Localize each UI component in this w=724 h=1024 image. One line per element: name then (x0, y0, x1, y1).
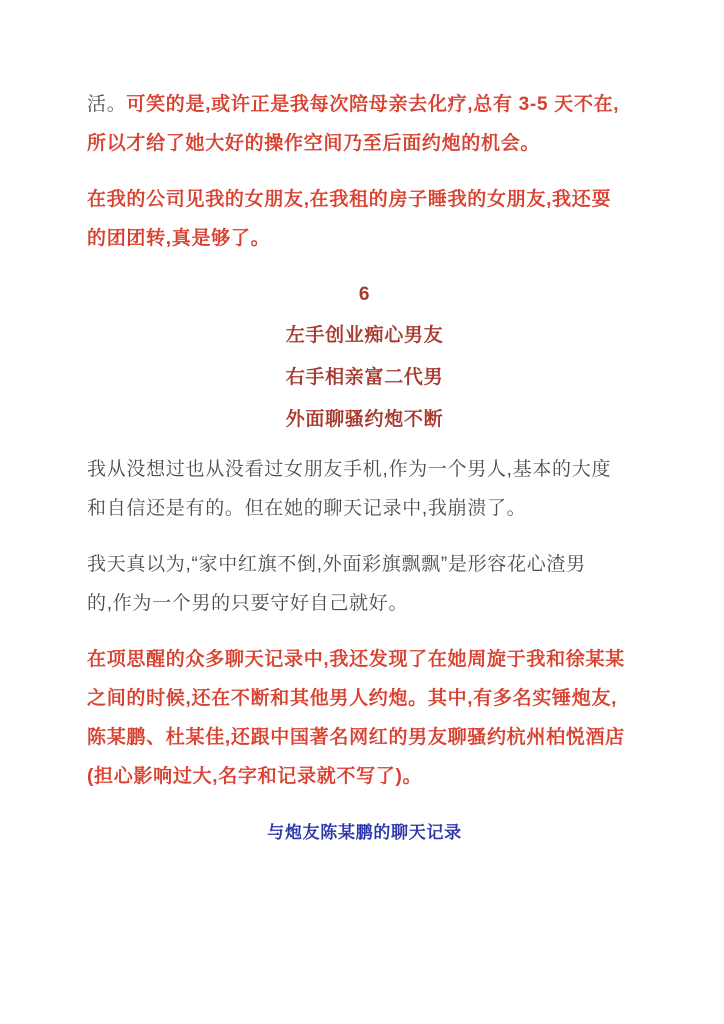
red-emphasis-text: 在项思醒的众多聊天记录中,我还发现了在她周旋于我和徐某某 (87, 640, 642, 679)
red-emphasis-text: 所以才给了她大好的操作空间乃至后面约炮的机会。 (87, 124, 642, 163)
red-emphasis-text: 在我的公司见我的女朋友,在我租的房子睡我的女朋友,我还耍 (87, 180, 642, 219)
red-emphasis-text: (担心影响过大,名字和记录就不写了)。 (87, 757, 642, 796)
body-text: 和自信还是有的。但在她的聊天记录中,我崩溃了。 (87, 489, 642, 528)
red-emphasis-text: 可笑的是,或许正是我每次陪母亲去化疗,总有 3-5 天不在, (126, 94, 619, 115)
body-text: 我天真以为,“家中红旗不倒,外面彩旗飘飘”是形容花心渣男 (87, 545, 642, 584)
section-heading-2: 右手相亲富二代男 (87, 357, 642, 399)
paragraph-carryover: 活。可笑的是,或许正是我每次陪母亲去化疗,总有 3-5 天不在, 所以才给了她大… (87, 85, 642, 163)
carryover-dark-text: 活。 (87, 94, 126, 115)
section-heading-group: 左手创业痴心男友 右手相亲富二代男 外面聊骚约炮不断 (87, 315, 642, 441)
paragraph-red-2: 在我的公司见我的女朋友,在我租的房子睡我的女朋友,我还耍 的团团转,真是够了。 (87, 180, 642, 258)
body-text: 我从没想过也从没看过女朋友手机,作为一个男人,基本的大度 (87, 450, 642, 489)
body-text: 的,作为一个男的只要守好自己就好。 (87, 584, 642, 623)
document-page: 活。可笑的是,或许正是我每次陪母亲去化疗,总有 3-5 天不在, 所以才给了她大… (0, 0, 724, 1024)
red-emphasis-text: 之间的时候,还在不断和其他男人约炮。其中,有多名实锤炮友, (87, 679, 642, 718)
paragraph-body-4: 我天真以为,“家中红旗不倒,外面彩旗飘飘”是形容花心渣男 的,作为一个男的只要守… (87, 545, 642, 623)
red-emphasis-text: 陈某鹏、杜某佳,还跟中国著名网红的男友聊骚约杭州柏悦酒店 (87, 718, 642, 757)
paragraph-body-3: 我从没想过也从没看过女朋友手机,作为一个男人,基本的大度 和自信还是有的。但在她… (87, 450, 642, 528)
paragraph-red-5: 在项思醒的众多聊天记录中,我还发现了在她周旋于我和徐某某 之间的时候,还在不断和… (87, 640, 642, 796)
section-number: 6 (87, 275, 642, 314)
section-heading-3: 外面聊骚约炮不断 (87, 399, 642, 441)
section-heading-1: 左手创业痴心男友 (87, 315, 642, 357)
text-line: 活。可笑的是,或许正是我每次陪母亲去化疗,总有 3-5 天不在, (87, 85, 642, 124)
red-emphasis-text: 的团团转,真是够了。 (87, 219, 642, 258)
chat-record-caption: 与炮友陈某鹏的聊天记录 (87, 813, 642, 852)
